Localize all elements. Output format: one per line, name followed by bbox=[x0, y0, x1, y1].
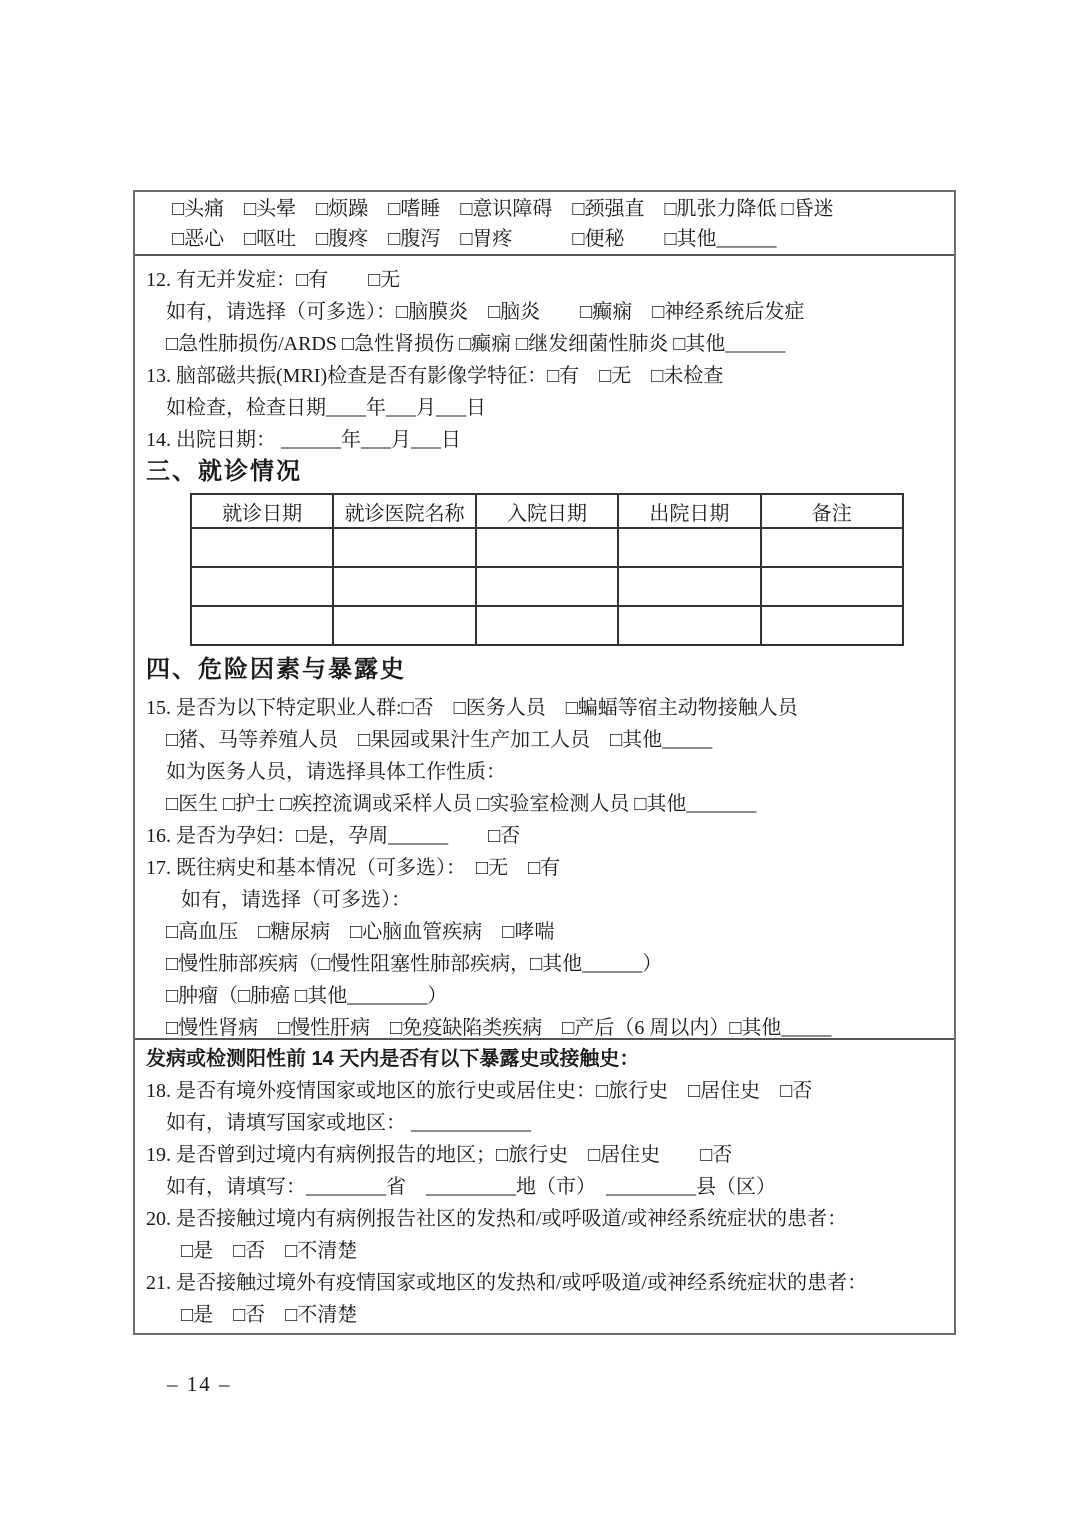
table-cell bbox=[761, 606, 903, 645]
q20-answer-options: □是 □否 □不清楚 bbox=[135, 1235, 954, 1267]
q21-answer-options: □是 □否 □不清楚 bbox=[135, 1299, 954, 1331]
table-cell bbox=[191, 606, 333, 645]
q13-mri: 13. 脑部磁共振(MRI)检查是否有影像学特征：□有 □无 □未检查 bbox=[135, 360, 954, 392]
q21-overseas-contact: 21. 是否接触过境外有疫情国家或地区的发热和/或呼吸道/或神经系统症状的患者： bbox=[135, 1267, 954, 1299]
col-discharge-date: 出院日期 bbox=[618, 494, 760, 528]
form-border-box: □头痛 □头晕 □烦躁 □嗜睡 □意识障碍 □颈强直 □肌张力降低 □昏迷 □恶… bbox=[133, 190, 956, 1335]
table-cell bbox=[618, 606, 760, 645]
table-cell bbox=[191, 567, 333, 606]
q12-options-row-2: □急性肺损伤/ARDS □急性肾损伤 □癫痫 □继发细菌性肺炎 □其他_____… bbox=[135, 328, 954, 360]
section4-heading: 四、危险因素与暴露史 bbox=[135, 654, 954, 686]
table-cell bbox=[618, 528, 760, 567]
consultation-table-header-row: 就诊日期 就诊医院名称 入院日期 出院日期 备注 bbox=[191, 494, 903, 528]
consultation-table: 就诊日期 就诊医院名称 入院日期 出院日期 备注 bbox=[190, 493, 904, 646]
q15-occupation: 15. 是否为以下特定职业人群:□否 □医务人员 □蝙蝠等宿主动物接触人员 bbox=[135, 692, 954, 724]
q14-discharge-date: 14. 出院日期： ______年___月___日 bbox=[135, 424, 954, 456]
q12-complications: 12. 有无并发症：□有 □无 bbox=[135, 264, 954, 296]
col-remarks: 备注 bbox=[761, 494, 903, 528]
table-cell bbox=[476, 606, 618, 645]
col-hospital-name: 就诊医院名称 bbox=[333, 494, 475, 528]
table-cell bbox=[333, 528, 475, 567]
table-cell bbox=[333, 606, 475, 645]
symptom-checkbox-section: □头痛 □头晕 □烦躁 □嗜睡 □意识障碍 □颈强直 □肌张力降低 □昏迷 □恶… bbox=[135, 192, 954, 256]
main-questions-section: 12. 有无并发症：□有 □无 如有，请选择（可多选）：□脑膜炎 □脑炎 □癫痫… bbox=[135, 256, 954, 1040]
q19-fill-province: 如有，请填写：________省 _________地（市） _________… bbox=[135, 1171, 954, 1203]
q17-if-yes-prompt: 如有，请选择（可多选）： bbox=[135, 884, 954, 916]
table-row bbox=[191, 528, 903, 567]
table-cell bbox=[191, 528, 333, 567]
q17-medical-history: 17. 既往病史和基本情况（可多选）： □无 □有 bbox=[135, 852, 954, 884]
q17-options-row-4: □慢性肾病 □慢性肝病 □免疫缺陷类疾病 □产后（6 周以内）□其他_____ bbox=[135, 1012, 954, 1040]
page-number: – 14 – bbox=[167, 1372, 232, 1397]
col-admission-date: 入院日期 bbox=[476, 494, 618, 528]
table-cell bbox=[476, 528, 618, 567]
q13-exam-date: 如检查，检查日期____年___月___日 bbox=[135, 392, 954, 424]
q16-pregnancy: 16. 是否为孕妇：□是，孕周______ □否 bbox=[135, 820, 954, 852]
q20-domestic-contact: 20. 是否接触过境内有病例报告社区的发热和/或呼吸道/或神经系统症状的患者： bbox=[135, 1203, 954, 1235]
col-visit-date: 就诊日期 bbox=[191, 494, 333, 528]
q17-options-row-3: □肿瘤（□肺癌 □其他________） bbox=[135, 980, 954, 1012]
table-row bbox=[191, 567, 903, 606]
q18-overseas-travel: 18. 是否有境外疫情国家或地区的旅行史或居住史：□旅行史 □居住史 □否 bbox=[135, 1075, 954, 1107]
q12-options-row-1: 如有，请选择（可多选）：□脑膜炎 □脑炎 □癫痫 □神经系统后发症 bbox=[135, 296, 954, 328]
table-cell bbox=[333, 567, 475, 606]
q19-domestic-travel: 19. 是否曾到过境内有病例报告的地区；□旅行史 □居住史 □否 bbox=[135, 1139, 954, 1171]
table-cell bbox=[476, 567, 618, 606]
section3-heading: 三、就诊情况 bbox=[135, 456, 954, 488]
q15-options-row-2: □猪、马等养殖人员 □果园或果汁生产加工人员 □其他_____ bbox=[135, 724, 954, 756]
q15-medical-staff-prompt: 如为医务人员，请选择具体工作性质： bbox=[135, 756, 954, 788]
table-cell bbox=[618, 567, 760, 606]
q17-options-row-2: □慢性肺部疾病（□慢性阻塞性肺部疾病，□其他______） bbox=[135, 948, 954, 980]
table-cell bbox=[761, 528, 903, 567]
symptom-row-2: □恶心 □呕吐 □腹疼 □腹泻 □胃疼 □便秘 □其他______ bbox=[172, 224, 954, 254]
table-cell bbox=[761, 567, 903, 606]
q15-medical-staff-options: □医生 □护士 □疾控流调或采样人员 □实验室检测人员 □其他_______ bbox=[135, 788, 954, 820]
exposure-history-section: 发病或检测阳性前 14 天内是否有以下暴露史或接触史： 18. 是否有境外疫情国… bbox=[135, 1040, 954, 1333]
q18-fill-country: 如有，请填写国家或地区： ____________ bbox=[135, 1107, 954, 1139]
exposure-section-heading: 发病或检测阳性前 14 天内是否有以下暴露史或接触史： bbox=[135, 1043, 954, 1075]
q17-options-row-1: □高血压 □糖尿病 □心脑血管疾病 □哮喘 bbox=[135, 916, 954, 948]
symptom-row-1: □头痛 □头晕 □烦躁 □嗜睡 □意识障碍 □颈强直 □肌张力降低 □昏迷 bbox=[172, 194, 954, 224]
table-row bbox=[191, 606, 903, 645]
